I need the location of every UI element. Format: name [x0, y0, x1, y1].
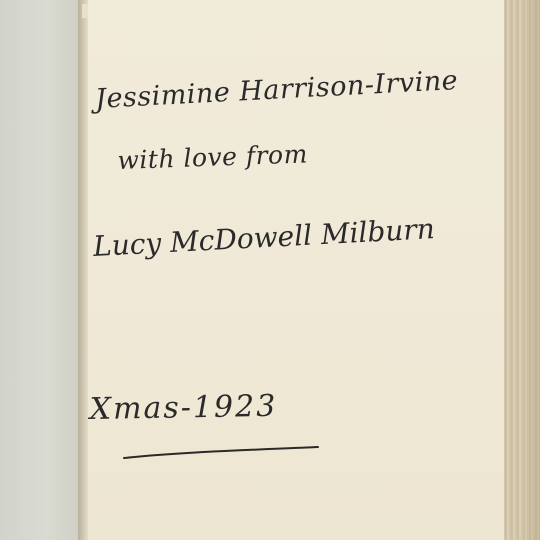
book-gutter: [78, 0, 88, 540]
fore-edge-shadow: [524, 0, 540, 540]
inscription-date: Xmas-1923: [89, 389, 277, 427]
left-page: [0, 0, 78, 540]
